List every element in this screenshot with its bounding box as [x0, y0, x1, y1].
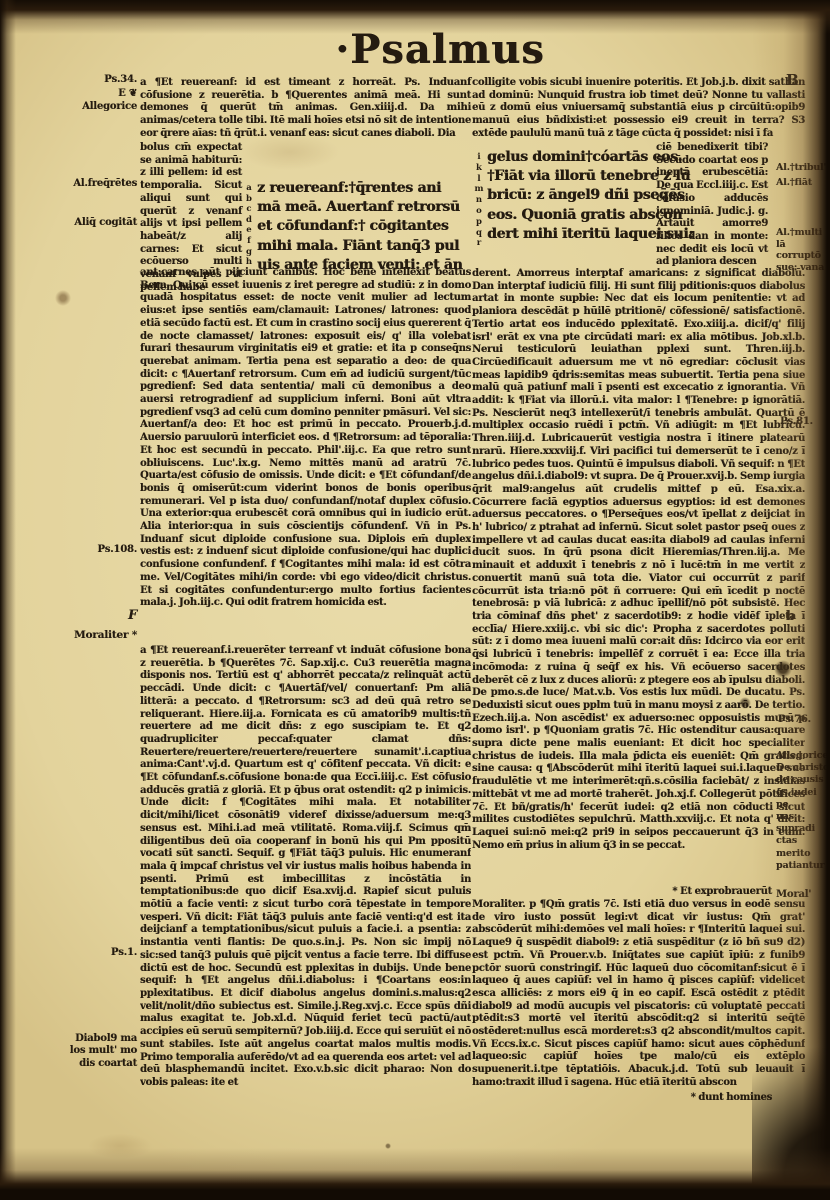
page-title: ·Psalmus	[280, 26, 600, 73]
left-psalm-verse: z reuereanf:†q̄rentes ani mā meā. Auerta…	[257, 179, 470, 275]
left-gloss-top: a ¶Et reuereanf: id est timeant z horreā…	[140, 77, 471, 141]
margin-note-moraliter-left: Moraliter *	[25, 629, 137, 641]
left-gloss-main: ant:carnes aūt pijciunt canibus. Hoc ben…	[140, 267, 471, 645]
margin-note-diabolus: Diabol9 ma los mult' mo dis coartat	[25, 1033, 137, 1070]
left-gloss-moraliter: a ¶Et reuereanf.i.reuerēter terreanf vt …	[140, 645, 471, 1102]
right-gloss-top: colligite vobis sicubi inuenire poteriti…	[472, 77, 805, 141]
title-ornament: ·	[335, 26, 350, 73]
right-verse-ref-letters: i k l m n o p q r	[473, 152, 485, 249]
margin-note-al-tribul: Al.†tribul'	[776, 162, 830, 174]
title-text: Psalmus	[350, 26, 545, 73]
margin-note-aliq-cogitant: Aliq̄ cogitāt	[30, 217, 137, 229]
margin-note-al-fiat: Al.†fiāt	[776, 177, 830, 189]
margin-note-al-multi: Al.†multi lā corruptō sue: vana	[776, 227, 830, 273]
margin-note-ps34: Ps.34.	[40, 74, 137, 86]
exprobraverunt-line: * Et exprobrauerūt	[472, 886, 772, 899]
margin-note-al-freqrentes: Al.freq̄rētes	[30, 178, 137, 190]
left-verse-ref-letters: a b c d e f g h	[243, 183, 255, 268]
margin-note-ps1: Ps.1.	[40, 947, 137, 959]
margin-note-allegorice: Allegorice	[30, 101, 137, 113]
right-gloss-main: derent. Amorreus interptaf amaricans: z …	[472, 268, 805, 884]
right-gloss-moraliter: Moraliter. p ¶Qm̄ gratis 7c̄. Isti etiā …	[472, 899, 805, 1091]
margin-note-mark: E ❦	[40, 88, 137, 100]
margin-note-ps108: Ps.108.	[40, 544, 137, 556]
catchword-line: * dunt homines	[472, 1092, 772, 1105]
right-psalm-verse: gelus domini†cóartās eos. †Fiāt via illo…	[487, 148, 653, 244]
paraph-mark: F	[40, 610, 137, 622]
